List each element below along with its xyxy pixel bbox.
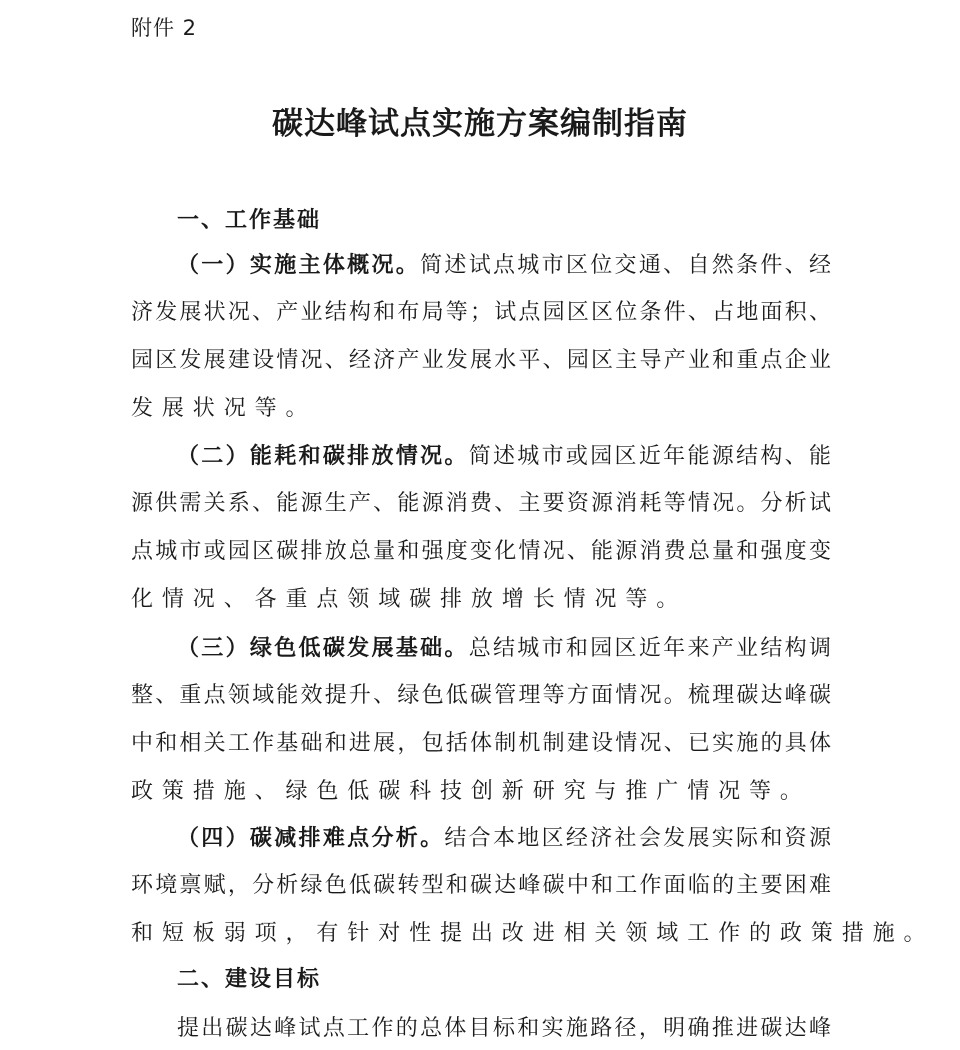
paragraph-4-lead: （四）碳减排难点分析。 xyxy=(177,825,444,851)
section-heading-1: 一、工作基础 xyxy=(177,203,321,234)
paragraph-2-line-3: 点城市或园区碳排放总量和强度变化情况、能源消费总量和强度变 xyxy=(131,537,831,567)
paragraph-1-line-4: 发展状况等。 xyxy=(131,394,831,424)
paragraph-1-text: 简述试点城市区位交通、自然条件、经 xyxy=(420,253,831,278)
paragraph-3-line-4: 政策措施、绿色低碳科技创新研究与推广情况等。 xyxy=(131,777,831,807)
paragraph-2-line-4: 化情况、各重点领域碳排放增长情况等。 xyxy=(131,585,831,615)
paragraph-4-line-2: 环境禀赋，分析绿色低碳转型和碳达峰碳中和工作面临的主要困难 xyxy=(131,871,831,901)
attachment-label: 附件 2 xyxy=(131,12,197,42)
paragraph-1-line-3: 园区发展建设情况、经济产业发展水平、园区主导产业和重点企业 xyxy=(131,346,831,376)
paragraph-2-lead: （二）能耗和碳排放情况。 xyxy=(177,443,469,469)
paragraph-3-line-1: （三）绿色低碳发展基础。总结城市和园区近年来产业结构调 xyxy=(177,633,831,664)
paragraph-2-line-1: （二）能耗和碳排放情况。简述城市或园区近年能源结构、能 xyxy=(177,441,831,472)
paragraph-2-line-2: 源供需关系、能源生产、能源消费、主要资源消耗等情况。分析试 xyxy=(131,489,831,519)
paragraph-1-line-1: （一）实施主体概况。简述试点城市区位交通、自然条件、经 xyxy=(177,250,831,281)
paragraph-4-text: 结合本地区经济社会发展实际和资源 xyxy=(444,826,831,851)
paragraph-3-text: 总结城市和园区近年来产业结构调 xyxy=(469,636,831,661)
paragraph-5-line-1: 提出碳达峰试点工作的总体目标和实施路径，明确推进碳达峰 xyxy=(177,1014,831,1044)
paragraph-3-line-3: 中和相关工作基础和进展，包括体制机制建设情况、已实施的具体 xyxy=(131,729,831,759)
document-title: 碳达峰试点实施方案编制指南 xyxy=(0,98,960,143)
paragraph-2-text: 简述城市或园区近年能源结构、能 xyxy=(469,444,831,469)
paragraph-4-line-3: 和短板弱项，有针对性提出改进相关领域工作的政策措施。 xyxy=(131,919,831,949)
paragraph-4-line-1: （四）碳减排难点分析。结合本地区经济社会发展实际和资源 xyxy=(177,823,831,854)
paragraph-3-line-2: 整、重点领域能效提升、绿色低碳管理等方面情况。梳理碳达峰碳 xyxy=(131,681,831,711)
paragraph-1-lead: （一）实施主体概况。 xyxy=(177,252,420,278)
paragraph-1-line-2: 济发展状况、产业结构和布局等；试点园区区位条件、占地面积、 xyxy=(131,298,831,328)
section-heading-2: 二、建设目标 xyxy=(177,962,321,993)
paragraph-3-lead: （三）绿色低碳发展基础。 xyxy=(177,635,469,661)
